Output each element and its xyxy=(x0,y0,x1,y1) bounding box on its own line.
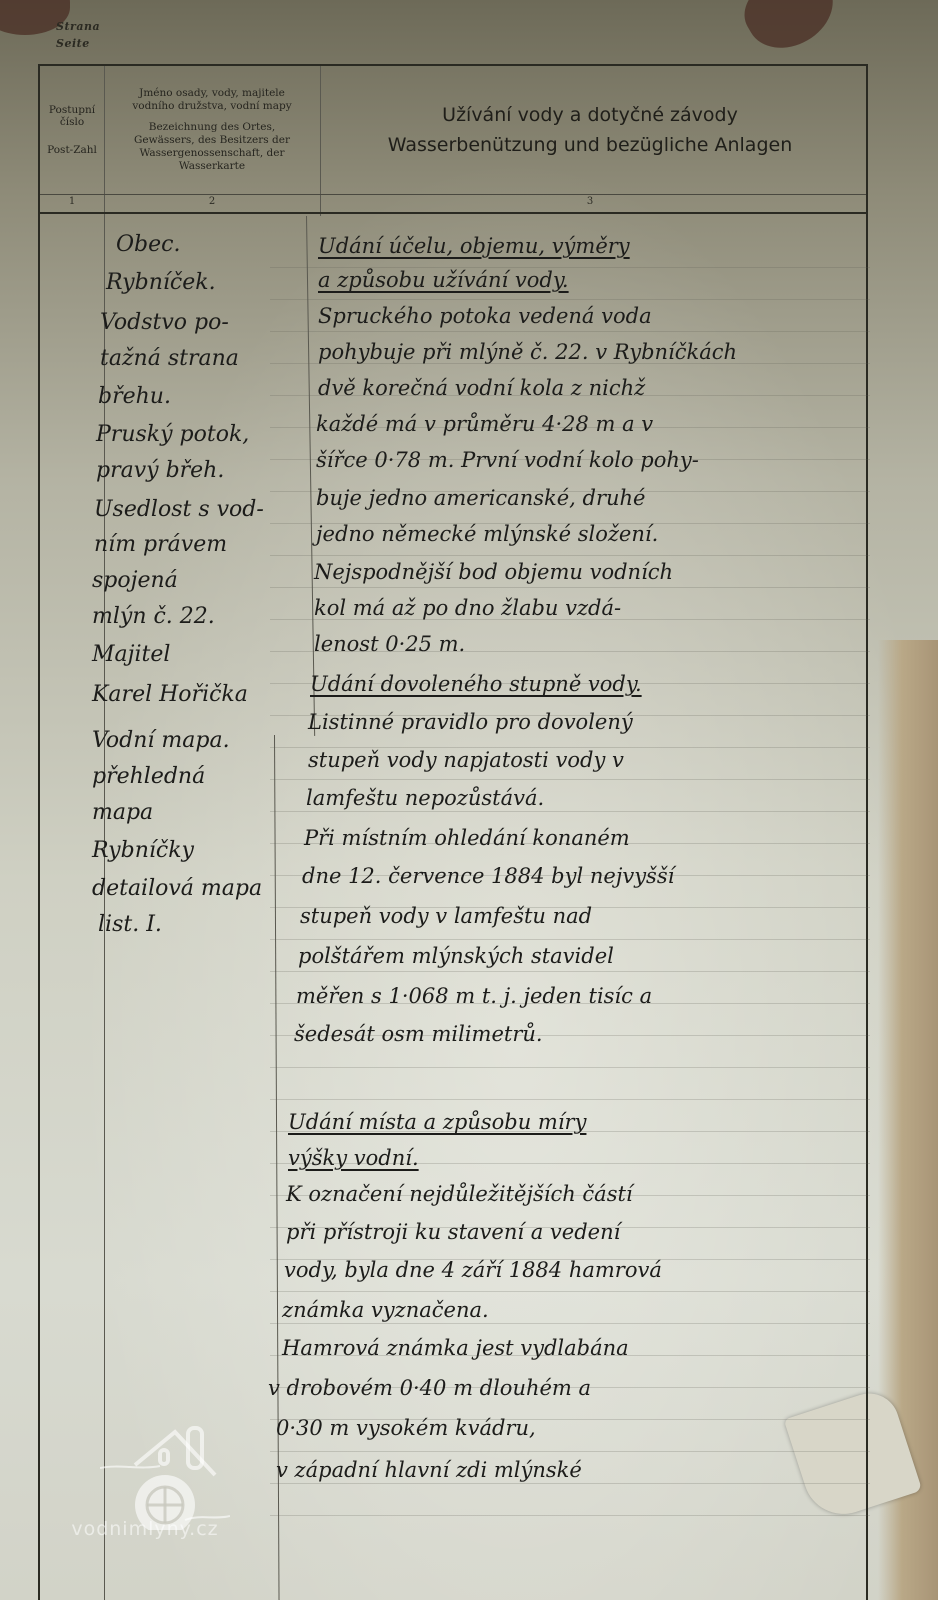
section2-line: šedesát osm milimetrů. xyxy=(294,1022,543,1046)
col2-label-de-3: Wassergenossenschaft, der xyxy=(140,147,285,160)
col2-line: spojená xyxy=(92,568,178,593)
col2-line: Usedlost s vod- xyxy=(94,497,264,522)
section3-line: v drobovém 0·40 m dlouhém a xyxy=(268,1376,591,1400)
section2-heading: Udání dovoleného stupně vody. xyxy=(310,672,642,696)
section2-line: stupeň vody v lamfeštu nad xyxy=(300,904,592,928)
section1-line: dvě korečná vodní kola z nichž xyxy=(318,376,645,400)
col1-label-de: Post-Zahl xyxy=(47,144,97,156)
section1-heading: Udání účelu, objemu, výměry xyxy=(318,234,630,258)
section1-line: šířce 0·78 m. První vodní kolo pohy- xyxy=(316,448,699,472)
header-rule xyxy=(40,194,866,195)
col1-label-cz-1: Postupní xyxy=(49,104,95,116)
col2-line: Pruský potok, xyxy=(96,422,249,447)
section1-line: pohybuje při mlýně č. 22. v Rybníčkách xyxy=(318,340,737,364)
section3-heading: Udání místa a způsobu míry xyxy=(288,1110,586,1134)
section2-line: polštářem mlýnských stavidel xyxy=(298,944,614,968)
section3-line: Hamrová známka jest vydlabána xyxy=(282,1336,629,1360)
section3-line: K označení nejdůležitějších částí xyxy=(286,1182,633,1206)
col2-line: Karel Hořička xyxy=(92,682,248,707)
section2-line: lamfeštu nepozůstává. xyxy=(306,786,544,810)
col2-line: Vodstvo po- xyxy=(100,310,229,335)
section1-heading: a způsobu užívání vody. xyxy=(318,268,569,292)
section1-line: jedno německé mlýnské složení. xyxy=(316,522,658,546)
water-mill-icon xyxy=(100,1420,230,1530)
col2-line: břehu. xyxy=(98,384,171,409)
col2-label-de-4: Wasserkarte xyxy=(179,160,245,173)
watermark: vodnimlyny.cz xyxy=(30,1420,260,1560)
column-number-3: 3 xyxy=(320,196,860,207)
header-col3: Užívání vody a dotyčné závody Wasserbenü… xyxy=(320,66,860,194)
section3-heading: výšky vodní. xyxy=(288,1146,419,1170)
section1-line: Spruckého potoka vedená voda xyxy=(318,304,652,328)
col2-label-cz-2: vodního družstva, vodní mapy xyxy=(132,100,291,113)
column-number-1: 1 xyxy=(40,196,104,207)
col2-line: Obec. xyxy=(116,232,180,257)
col2-line: ním právem xyxy=(94,532,227,557)
section2-line: stupeň vody napjatosti vody v xyxy=(308,748,624,772)
section1-line: kol má až po dno žlabu vzdá- xyxy=(314,596,621,620)
column-number-2: 2 xyxy=(104,196,320,207)
watermark-site-text: vodnimlyny.cz xyxy=(30,1518,260,1540)
header-col1: Postupní číslo Post-Zahl xyxy=(40,66,104,194)
col2-label-de-1: Bezeichnung des Ortes, xyxy=(149,121,275,134)
section3-line: známka vyznačena. xyxy=(282,1298,489,1322)
col2-line: mapa xyxy=(92,800,153,825)
section1-line: každé má v průměru 4·28 m a v xyxy=(316,412,653,436)
col2-line: Vodní mapa. xyxy=(92,728,230,753)
section2-line: Listinné pravidlo pro dovolený xyxy=(308,710,633,734)
col2-line: detailová mapa xyxy=(92,876,262,901)
col2-line: přehledná xyxy=(92,764,205,789)
col2-line: Rybníčky xyxy=(92,838,194,863)
section3-line: 0·30 m vysokém kvádru, xyxy=(276,1416,536,1440)
header-col2: Jméno osady, vody, majitele vodního druž… xyxy=(104,66,320,194)
col1-label-cz-2: číslo xyxy=(60,116,84,128)
col3-title-cz: Užívání vody a dotyčné závody xyxy=(442,100,738,130)
section3-line: vody, byla dne 4 září 1884 hamrová xyxy=(284,1258,662,1282)
col2-label-cz-1: Jméno osady, vody, majitele xyxy=(139,87,285,100)
col2-line: mlýn č. 22. xyxy=(92,604,215,629)
section3-line: při přístroji ku stavení a vedení xyxy=(286,1220,620,1244)
page-label-seite: Seite xyxy=(56,37,90,50)
section3-line: v západní hlavní zdi mlýnské xyxy=(276,1458,582,1482)
column-number-rule xyxy=(40,212,866,214)
section2-line: dne 12. července 1884 byl nejvyšší xyxy=(302,864,674,888)
col2-line: tažná strana xyxy=(100,346,239,371)
section2-line: měřen s 1·068 m t. j. jeden tisíc a xyxy=(296,984,652,1008)
col2-line: Rybníček. xyxy=(106,270,216,295)
section1-line: buje jedno americanské, druhé xyxy=(316,486,645,510)
col2-line: Majitel xyxy=(92,642,170,667)
section1-line: lenost 0·25 m. xyxy=(314,632,465,656)
page-label-strana: Strana xyxy=(56,20,100,33)
col3-title-de: Wasserbenützung und bezügliche Anlagen xyxy=(388,130,793,160)
section2-line: Při místním ohledání konaném xyxy=(304,826,630,850)
section1-line: Nejspodnější bod objemu vodních xyxy=(314,560,673,584)
col2-line: list. I. xyxy=(98,912,162,937)
col2-line: pravý břeh. xyxy=(96,458,224,483)
column-divider-1 xyxy=(104,66,105,1600)
col2-label-de-2: Gewässers, des Besitzers der xyxy=(134,134,290,147)
